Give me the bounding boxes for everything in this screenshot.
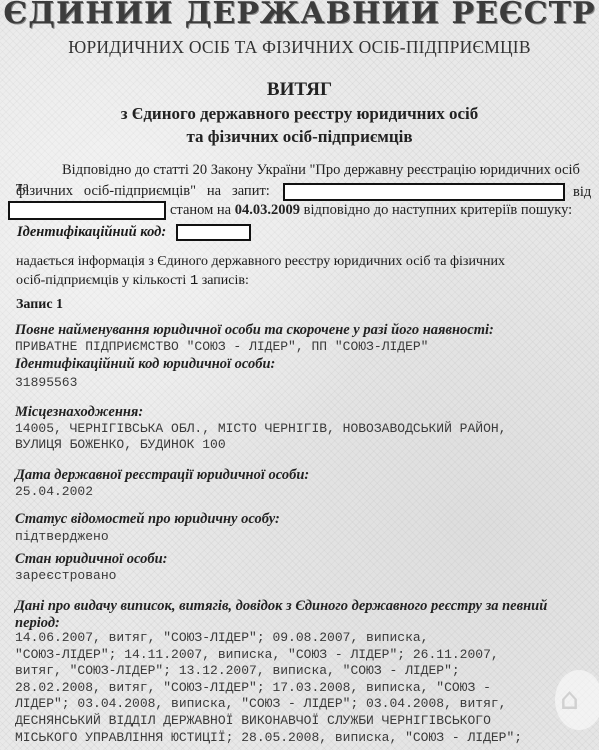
record-title: Запис 1 [16,297,63,313]
intro-line3: станом на 04.03.2009 відповідно до насту… [170,202,590,219]
result-line2-prefix: осіб-підприємців у кількості [16,273,190,288]
field-value-registration-date: 25.04.2002 [15,484,93,500]
as-of-prefix: станом на [170,202,235,218]
field-label-legal-code: Ідентифікаційний код юридичної особи: [15,356,275,373]
field-label-full-name: Повне найменування юридичної особи та ск… [15,322,494,339]
result-line2: осіб-підприємців у кількості 1 записів: [16,273,249,289]
document-subtitle-line2: та фізичних осіб-підприємців [0,127,599,147]
field-label-issued-extracts: Дані про видачу виписок, витягів, довідо… [15,598,547,632]
field-label-location: Місцезнаходження: [15,404,143,421]
field-label-info-status: Статус відомостей про юридичну особу: [15,511,280,528]
field-value-full-name: ПРИВАТНЕ ПІДПРИЄМСТВО "СОЮЗ - ЛІДЕР", ПП… [15,339,428,355]
field-value-issued-extracts: 14.06.2007, витяг, "СОЮЗ-ЛІДЕР"; 09.08.2… [15,630,522,746]
registry-title: ЄДИНИЙ ДЕРЖАВНИЙ РЕЄСТР [0,0,599,31]
document-subtitle-line1: з Єдиного державного реєстру юридичних о… [0,104,599,124]
field-label-registration-date: Дата державної реєстрації юридичної особ… [15,467,309,484]
record-count: 1 [190,273,198,289]
result-line1: надається інформація з Єдиного державног… [16,254,505,270]
from-label: від [573,184,591,201]
search-criterion-label: Ідентифікаційний код: [17,224,166,241]
registry-extract-document: ЄДИНИЙ ДЕРЖАВНИЙ РЕЄСТР ЮРИДИЧНИХ ОСІБ Т… [0,0,599,750]
redacted-search-code-field [176,224,251,241]
field-value-info-status: підтверджено [15,529,109,545]
result-line2-suffix: записів: [198,273,249,288]
redacted-request-field [283,183,565,201]
field-value-location: 14005, ЧЕРНІГІВСЬКА ОБЛ., МІСТО ЧЕРНІГІВ… [15,421,506,453]
intro-line2-prefix: фізичних осіб-підприємців" на запит: [16,183,270,199]
redacted-request-date-field [8,201,166,220]
field-value-legal-code: 31895563 [15,375,77,391]
seal-watermark-icon: ⌂ [560,682,579,717]
as-of-suffix: відповідно до наступних критеріїв пошуку… [300,202,572,218]
field-value-legal-state: зареєстровано [15,568,116,584]
registry-subtitle: ЮРИДИЧНИХ ОСІБ ТА ФІЗИЧНИХ ОСІБ-ПІДПРИЄМ… [0,37,599,58]
field-label-legal-state: Стан юридичної особи: [15,551,168,568]
as-of-date: 04.03.2009 [235,202,300,218]
document-title: ВИТЯГ [0,79,599,101]
